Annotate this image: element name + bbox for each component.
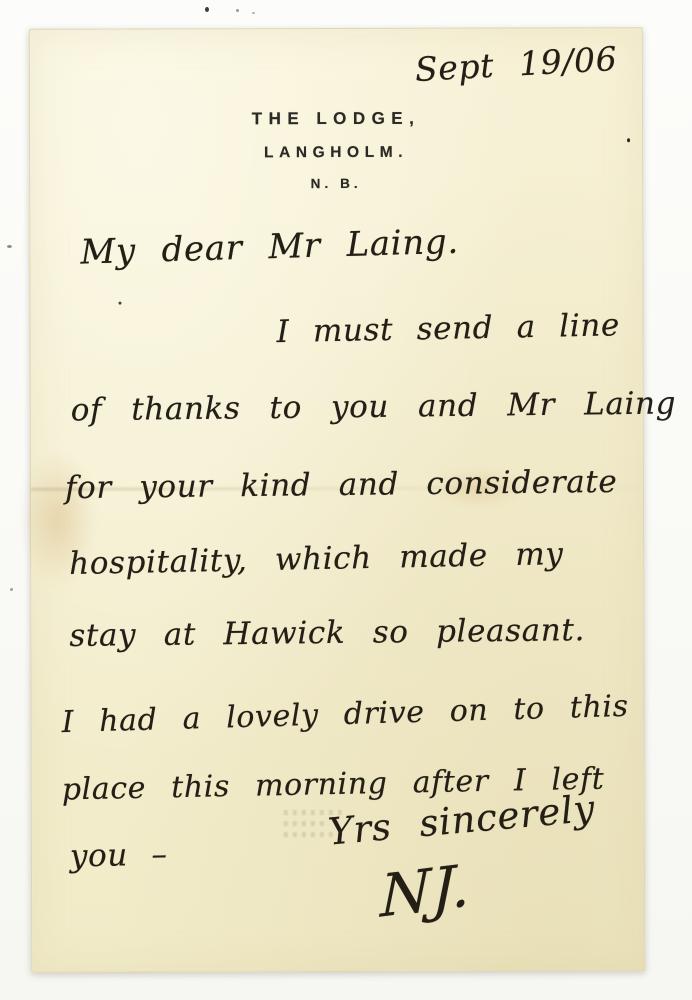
letterhead: THE LODGE, LANGHOLM. N. B. bbox=[30, 108, 642, 192]
body-line: of thanks to you and Mr Laing bbox=[71, 385, 677, 428]
letterhead-line-3: N. B. bbox=[30, 175, 642, 192]
scanned-letter-photo: Sept 19/06 THE LODGE, LANGHOLM. N. B. My… bbox=[0, 0, 692, 1000]
signature-monogram: NJ. bbox=[380, 851, 472, 931]
body-line: I must send a line bbox=[276, 307, 620, 350]
body-line: I had a lovely drive on to this bbox=[61, 689, 629, 740]
body-line: hospitality, which made my bbox=[69, 536, 564, 582]
ink-speck bbox=[118, 302, 121, 305]
handwritten-date: Sept 19/06 bbox=[414, 39, 618, 89]
dust-speck bbox=[7, 245, 12, 248]
letterhead-line-2: LANGHOLM. bbox=[30, 143, 642, 163]
dust-speck bbox=[205, 7, 209, 12]
letter-sheet: Sept 19/06 THE LODGE, LANGHOLM. N. B. My… bbox=[29, 27, 645, 973]
dust-speck bbox=[236, 9, 239, 12]
letterhead-line-1: THE LODGE, bbox=[30, 108, 642, 130]
dust-speck bbox=[10, 588, 13, 591]
body-line: stay at Hawick so pleasant. bbox=[69, 612, 585, 654]
body-line: for your kind and considerate bbox=[65, 464, 618, 506]
dust-speck bbox=[252, 12, 255, 14]
body-line: you – bbox=[70, 837, 168, 875]
salutation: My dear Mr Laing. bbox=[80, 222, 460, 273]
